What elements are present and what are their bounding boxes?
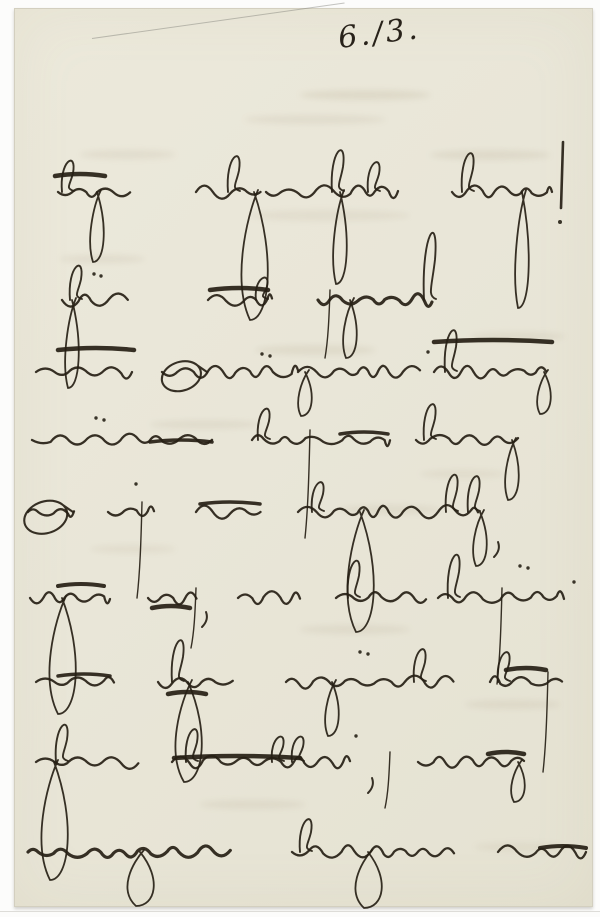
ink-showthrough-mark	[300, 625, 410, 634]
ink-showthrough-mark	[80, 150, 175, 159]
handwriting-line-text: ler einst persönlich so	[36, 652, 574, 694]
handwriting-line-text: Sehr geehrter Herr!	[58, 162, 564, 204]
ink-showthrough-mark	[470, 332, 565, 341]
handwriting-line-text: für das Einsenden	[62, 270, 444, 312]
ink-showthrough-mark	[420, 470, 505, 478]
handwriting-line-text: Es ist ein Zufall,	[28, 482, 490, 524]
handwriting-line-text: wenigen Wochen in	[28, 822, 598, 864]
ink-showthrough-mark	[90, 545, 175, 553]
ink-showthrough-mark	[430, 150, 550, 160]
ink-showthrough-mark	[200, 800, 305, 809]
handwriting-line-text: gut kannte, vor	[36, 732, 536, 774]
ink-showthrough-mark	[300, 90, 430, 100]
ink-showthrough-mark	[465, 700, 560, 709]
ink-showthrough-mark	[245, 115, 385, 124]
ink-showthrough-mark	[60, 255, 145, 263]
letter-scan: 6./3. Sehr geehrter Herr!für das Einsend…	[0, 0, 600, 917]
handwriting-line-text: meinen besten Dank.	[32, 410, 530, 452]
scan-bottom-edge	[0, 911, 600, 912]
handwriting-line-text: des Kalenderblattes	[36, 342, 560, 384]
handwriting-line-text: daß ich, die den Künst-	[30, 568, 576, 610]
ink-showthrough-mark	[250, 210, 410, 221]
